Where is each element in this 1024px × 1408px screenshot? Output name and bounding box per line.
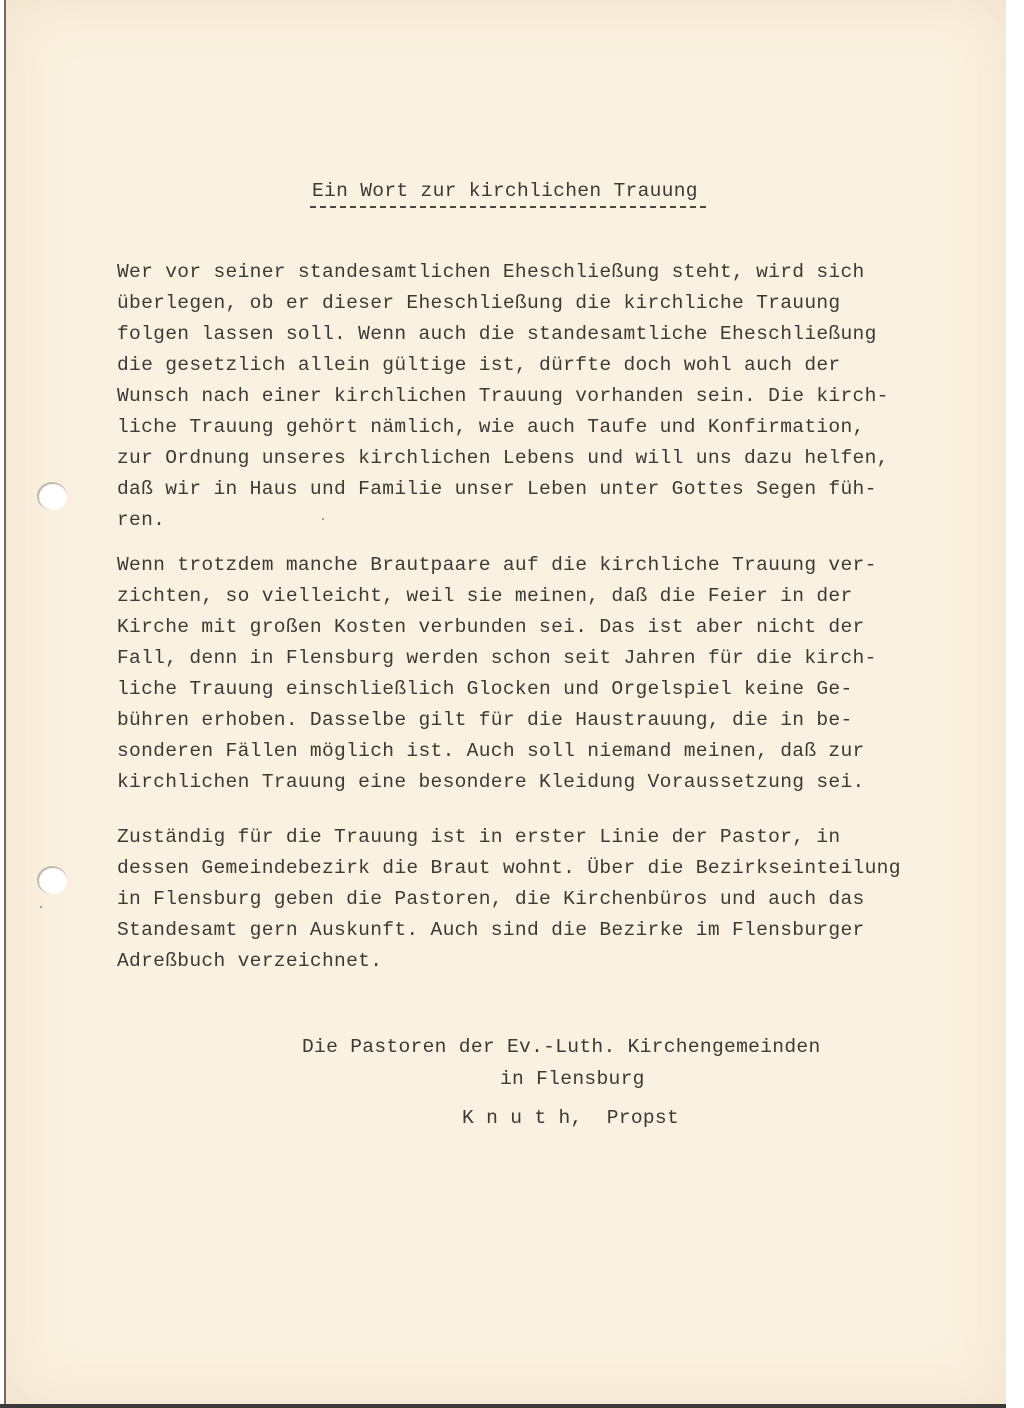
paragraph-1: Wer vor seiner standesamtlichen Eheschli… [117,257,889,536]
text-line: Zuständig für die Trauung ist in erster … [117,822,901,853]
text-line: Wer vor seiner standesamtlichen Eheschli… [117,257,889,288]
text-line: liche Trauung gehört nämlich, wie auch T… [117,412,889,443]
text-line: Standesamt gern Auskunft. Auch sind die … [117,915,901,946]
paragraph-3: Zuständig für die Trauung ist in erster … [117,822,901,977]
text-line: zur Ordnung unseres kirchlichen Lebens u… [117,443,889,474]
title-dashed-underline [310,206,706,208]
signature-signer: K n u t h, Propst [462,1107,679,1129]
paper-speck [40,906,42,908]
scanner-bottom-edge [0,1404,1006,1408]
text-line: dessen Gemeindebezirk die Braut wohnt. Ü… [117,853,901,884]
text-line: ren. [117,505,889,536]
text-line: Adreßbuch verzeichnet. [117,946,901,977]
text-line: Wenn trotzdem manche Brautpaare auf die … [117,550,877,581]
paper-speck [322,518,324,520]
text-line: liche Trauung einschließlich Glocken und… [117,674,877,705]
text-line: in Flensburg geben die Pastoren, die Kir… [117,884,901,915]
signature-organization: Die Pastoren der Ev.-Luth. Kirchengemein… [302,1036,821,1058]
document-title: Ein Wort zur kirchlichen Trauung [312,180,698,202]
text-line: bühren erhoben. Dasselbe gilt für die Ha… [117,705,877,736]
punch-hole-top [39,484,67,510]
text-line: Wunsch nach einer kirchlichen Trauung vo… [117,381,889,412]
text-line: Fall, denn in Flensburg werden schon sei… [117,643,877,674]
text-line: kirchlichen Trauung eine besondere Kleid… [117,767,877,798]
text-line: daß wir in Haus und Familie unser Leben … [117,474,889,505]
text-line: sonderen Fällen möglich ist. Auch soll n… [117,736,877,767]
punch-hole-bottom [39,868,67,894]
text-line: zichten, so vielleicht, weil sie meinen,… [117,581,877,612]
text-line: folgen lassen soll. Wenn auch die stande… [117,319,889,350]
text-line: Kirche mit großen Kosten verbunden sei. … [117,612,877,643]
signature-location: in Flensburg [500,1068,645,1090]
paragraph-2: Wenn trotzdem manche Brautpaare auf die … [117,550,877,798]
text-line: die gesetzlich allein gültige ist, dürft… [117,350,889,381]
text-line: überlegen, ob er dieser Eheschließung di… [117,288,889,319]
scanned-page: Ein Wort zur kirchlichen Trauung Wer vor… [0,0,1024,1408]
